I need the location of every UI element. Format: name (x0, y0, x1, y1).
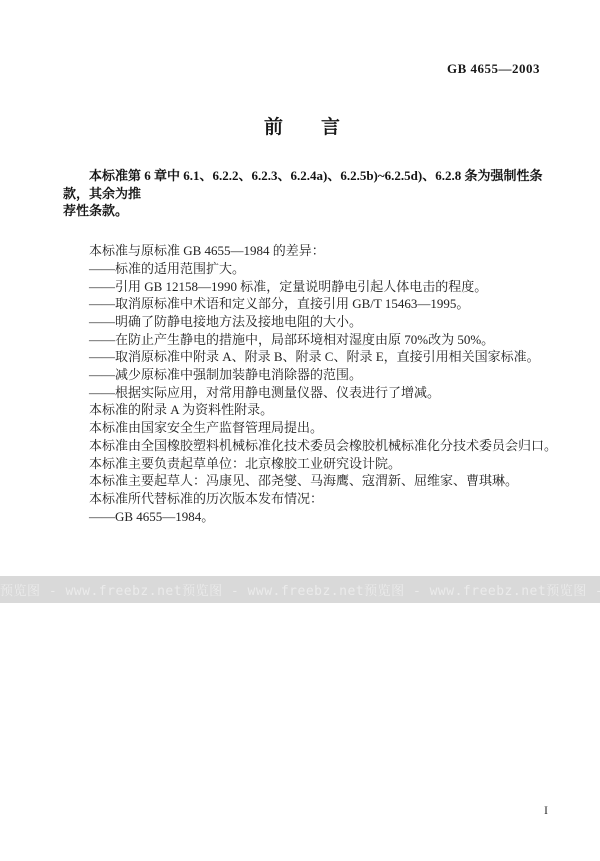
mandatory-clauses-line-1: 本标准第 6 章中 6.1、6.2.2、6.2.3、6.2.4a)、6.2.5b… (63, 167, 544, 202)
watermark-text: 预览图 - www.freebz.net (182, 580, 364, 599)
watermark-text: 预览图 - www.freebz.net (546, 580, 600, 599)
mandatory-clauses-line-2: 荐性条款。 (63, 202, 544, 220)
standard-code-header: GB 4655—2003 (447, 61, 540, 77)
watermark-text: 预览图 - www.freebz.net (0, 580, 182, 599)
foreword-line: ——根据实际应用，对常用静电测量仪器、仪表进行了增减。 (89, 384, 544, 402)
mandatory-clauses-paragraph: 本标准第 6 章中 6.1、6.2.2、6.2.3、6.2.4a)、6.2.5b… (63, 167, 544, 220)
document-page: GB 4655—2003 前 言 本标准第 6 章中 6.1、6.2.2、6.2… (0, 0, 600, 861)
page-title: 前 言 (63, 112, 541, 139)
foreword-line: ——在防止产生静电的措施中，局部环境相对湿度由原 70%改为 50%。 (89, 331, 544, 349)
watermark-band: 预览图 - www.freebz.net预览图 - www.freebz.net… (0, 576, 600, 603)
foreword-line: 本标准主要起草人：冯康见、邵尧燮、马海鹰、寇渭新、屈维家、曹琪琳。 (89, 472, 544, 490)
foreword-content: 本标准第 6 章中 6.1、6.2.2、6.2.3、6.2.4a)、6.2.5b… (63, 167, 544, 525)
foreword-line: ——减少原标准中强制加装静电消除器的范围。 (89, 366, 544, 384)
page-number: I (544, 803, 548, 818)
foreword-line: 本标准的附录 A 为资料性附录。 (89, 401, 544, 419)
scanned-standard-page: { "header": { "standard_code": "GB 4655—… (0, 0, 600, 861)
foreword-line: 本标准主要负责起草单位：北京橡胶工业研究设计院。 (89, 455, 544, 473)
foreword-line: ——标准的适用范围扩大。 (89, 260, 544, 278)
foreword-line: ——取消原标准中附录 A、附录 B、附录 C、附录 E，直接引用相关国家标准。 (89, 348, 544, 366)
foreword-line: 本标准与原标准 GB 4655—1984 的差异： (89, 242, 544, 260)
foreword-line: 本标准所代替标准的历次版本发布情况： (89, 490, 544, 508)
foreword-line: 本标准由全国橡胶塑料机械标准化技术委员会橡胶机械标准化分技术委员会归口。 (89, 437, 544, 455)
watermark-text: 预览图 - www.freebz.net (364, 580, 546, 599)
foreword-lines: 本标准与原标准 GB 4655—1984 的差异：——标准的适用范围扩大。——引… (63, 242, 544, 525)
foreword-line: ——取消原标准中术语和定义部分，直接引用 GB/T 15463—1995。 (89, 295, 544, 313)
foreword-line: ——GB 4655—1984。 (89, 508, 544, 526)
foreword-line: ——明确了防静电接地方法及接地电阻的大小。 (89, 313, 544, 331)
foreword-line: ——引用 GB 12158—1990 标准，定量说明静电引起人体电击的程度。 (89, 278, 544, 296)
foreword-line: 本标准由国家安全生产监督管理局提出。 (89, 419, 544, 437)
